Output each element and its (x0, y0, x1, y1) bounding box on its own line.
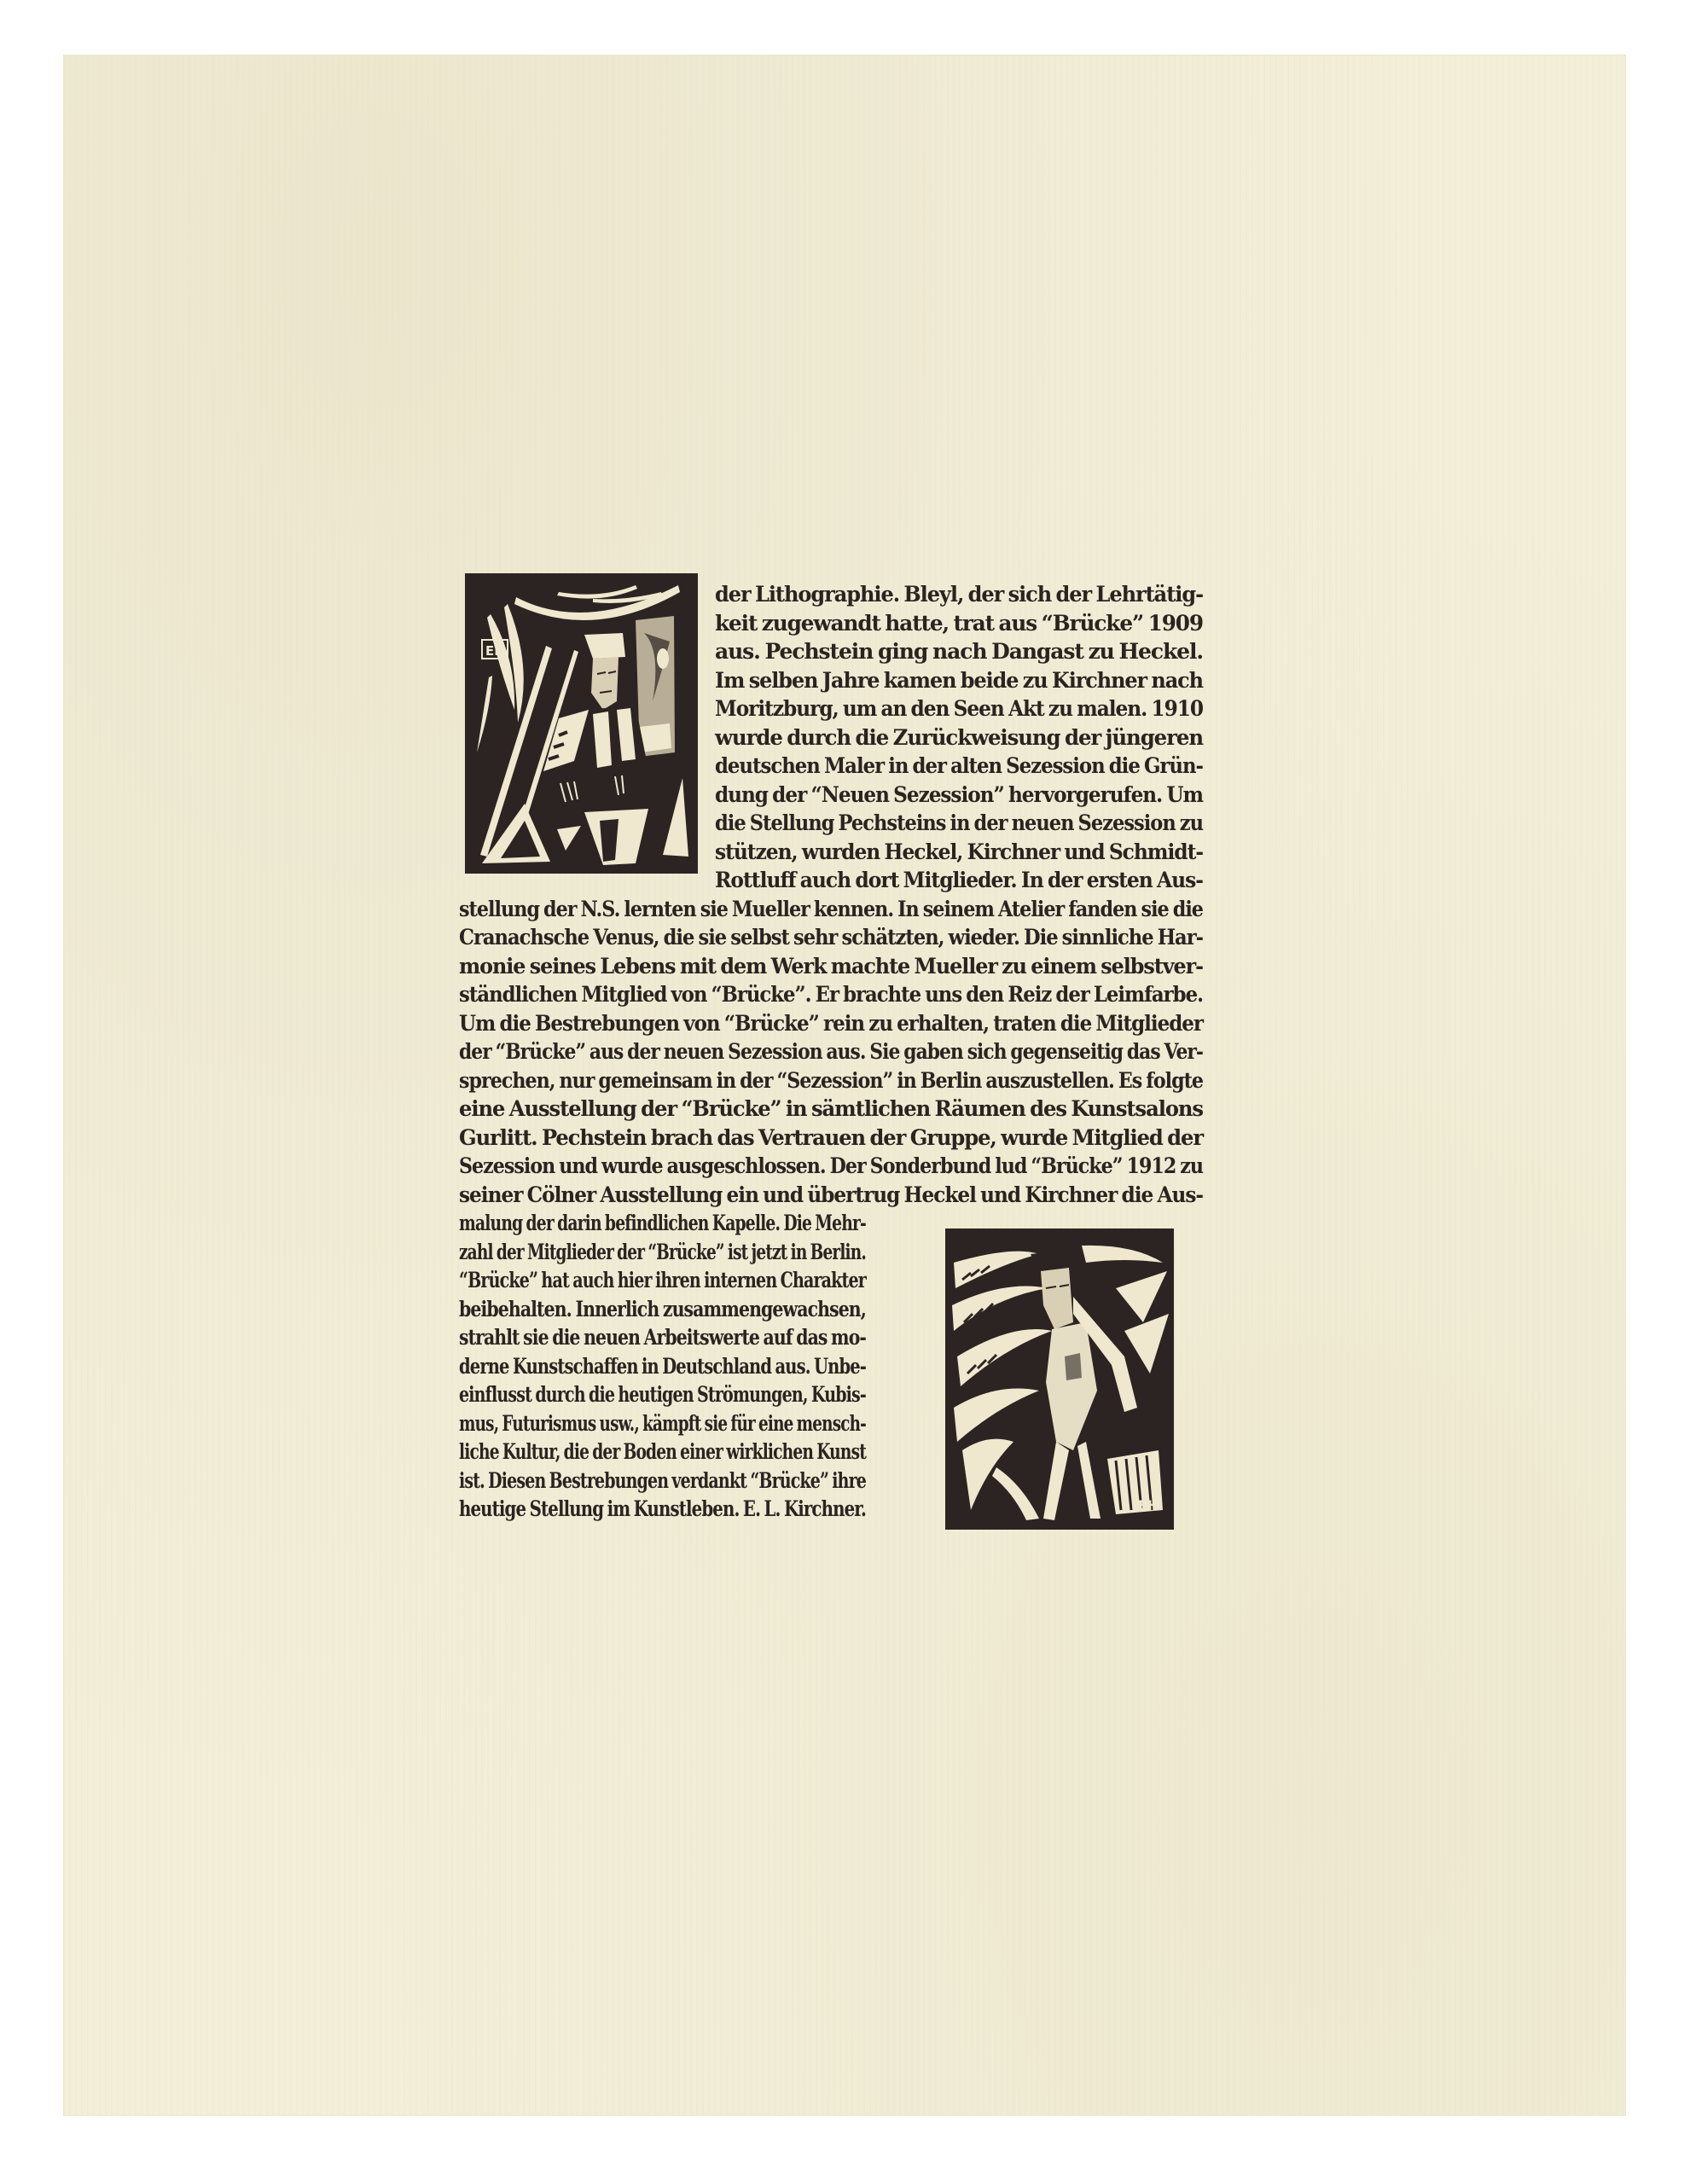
text-line: seiner Cölner Ausstellung ein und übertr… (459, 1181, 1203, 1210)
woodcut-standing-figure: EH (945, 1228, 1174, 1530)
text-line: Gurlitt. Pechstein brach das Vertrauen d… (459, 1124, 1203, 1153)
svg-text:EH: EH (485, 643, 505, 659)
text-line: stellung der N.S. lernten sie Mueller ke… (459, 895, 1203, 924)
text-line: keit zugewandt hatte, trat aus “Brücke” … (715, 609, 1203, 638)
text-line: mus, Futurismus usw., kämpft sie für ein… (459, 1409, 866, 1438)
text-line: Rottluff auch dort Mitglieder. In der er… (715, 866, 1203, 895)
text-line: ständlichen Mitglied von “Brücke”. Er br… (459, 980, 1203, 1009)
text-line: der Lithographie. Bleyl, der sich der Le… (715, 580, 1203, 609)
text-line: monie seines Lebens mit dem Werk machte … (459, 952, 1203, 981)
woodcut-standing-figure-image: EH (945, 1228, 1174, 1530)
text-line: ist. Diesen Bestrebungen verdankt “Brück… (459, 1467, 866, 1496)
text-line: sprechen, nur gemeinsam in der “Sezessio… (459, 1066, 1203, 1095)
text-line: deutschen Maler in der alten Sezession d… (715, 752, 1203, 781)
woodcut-seated-man-image: EH (465, 573, 698, 874)
woodcut-seated-man: EH (465, 573, 698, 874)
text-line: die Stellung Pechsteins in der neuen Sez… (715, 809, 1203, 838)
text-line: dung der “Neuen Sezession” hervorgerufen… (715, 781, 1203, 810)
text-line: heutige Stellung im Kunstleben. E. L. Ki… (459, 1495, 866, 1524)
text-line: Im selben Jahre kamen beide zu Kirchner … (715, 666, 1203, 695)
svg-text:EH: EH (1138, 1497, 1159, 1513)
text-line: Moritzburg, um an den Seen Akt zu malen.… (715, 694, 1203, 723)
text-line: Sezession und wurde ausgeschlossen. Der … (459, 1152, 1203, 1181)
text-line: der “Brücke” aus der neuen Sezession aus… (459, 1037, 1203, 1066)
text-line: beibehalten. Innerlich zusammengewachsen… (459, 1295, 866, 1324)
text-line: einflusst durch die heutigen Strömungen,… (459, 1380, 866, 1409)
text-line: Cranachsche Venus, die sie selbst sehr s… (459, 923, 1203, 952)
text-line: aus. Pechstein ging nach Dangast zu Heck… (715, 637, 1203, 666)
text-line: eine Ausstellung der “Brücke” in sämtlic… (459, 1095, 1203, 1124)
text-line: zahl der Mitglieder der “Brücke” ist jet… (459, 1238, 866, 1267)
text-line: malung der darin befindlichen Kapelle. D… (459, 1209, 866, 1238)
text-line: Um die Bestrebungen von “Brücke” rein zu… (459, 1009, 1203, 1038)
text-line: wurde durch die Zurückweisung der jünger… (715, 723, 1203, 752)
text-line: stützen, wurden Heckel, Kirchner und Sch… (715, 838, 1203, 867)
text-line: strahlt sie die neuen Arbeitswerte auf d… (459, 1323, 866, 1352)
text-line: “Brücke” hat auch hier ihren internen Ch… (459, 1266, 866, 1295)
text-line: derne Kunstschaffen in Deutschland aus. … (459, 1352, 866, 1381)
text-line: liche Kultur, die der Boden einer wirkli… (459, 1438, 866, 1467)
